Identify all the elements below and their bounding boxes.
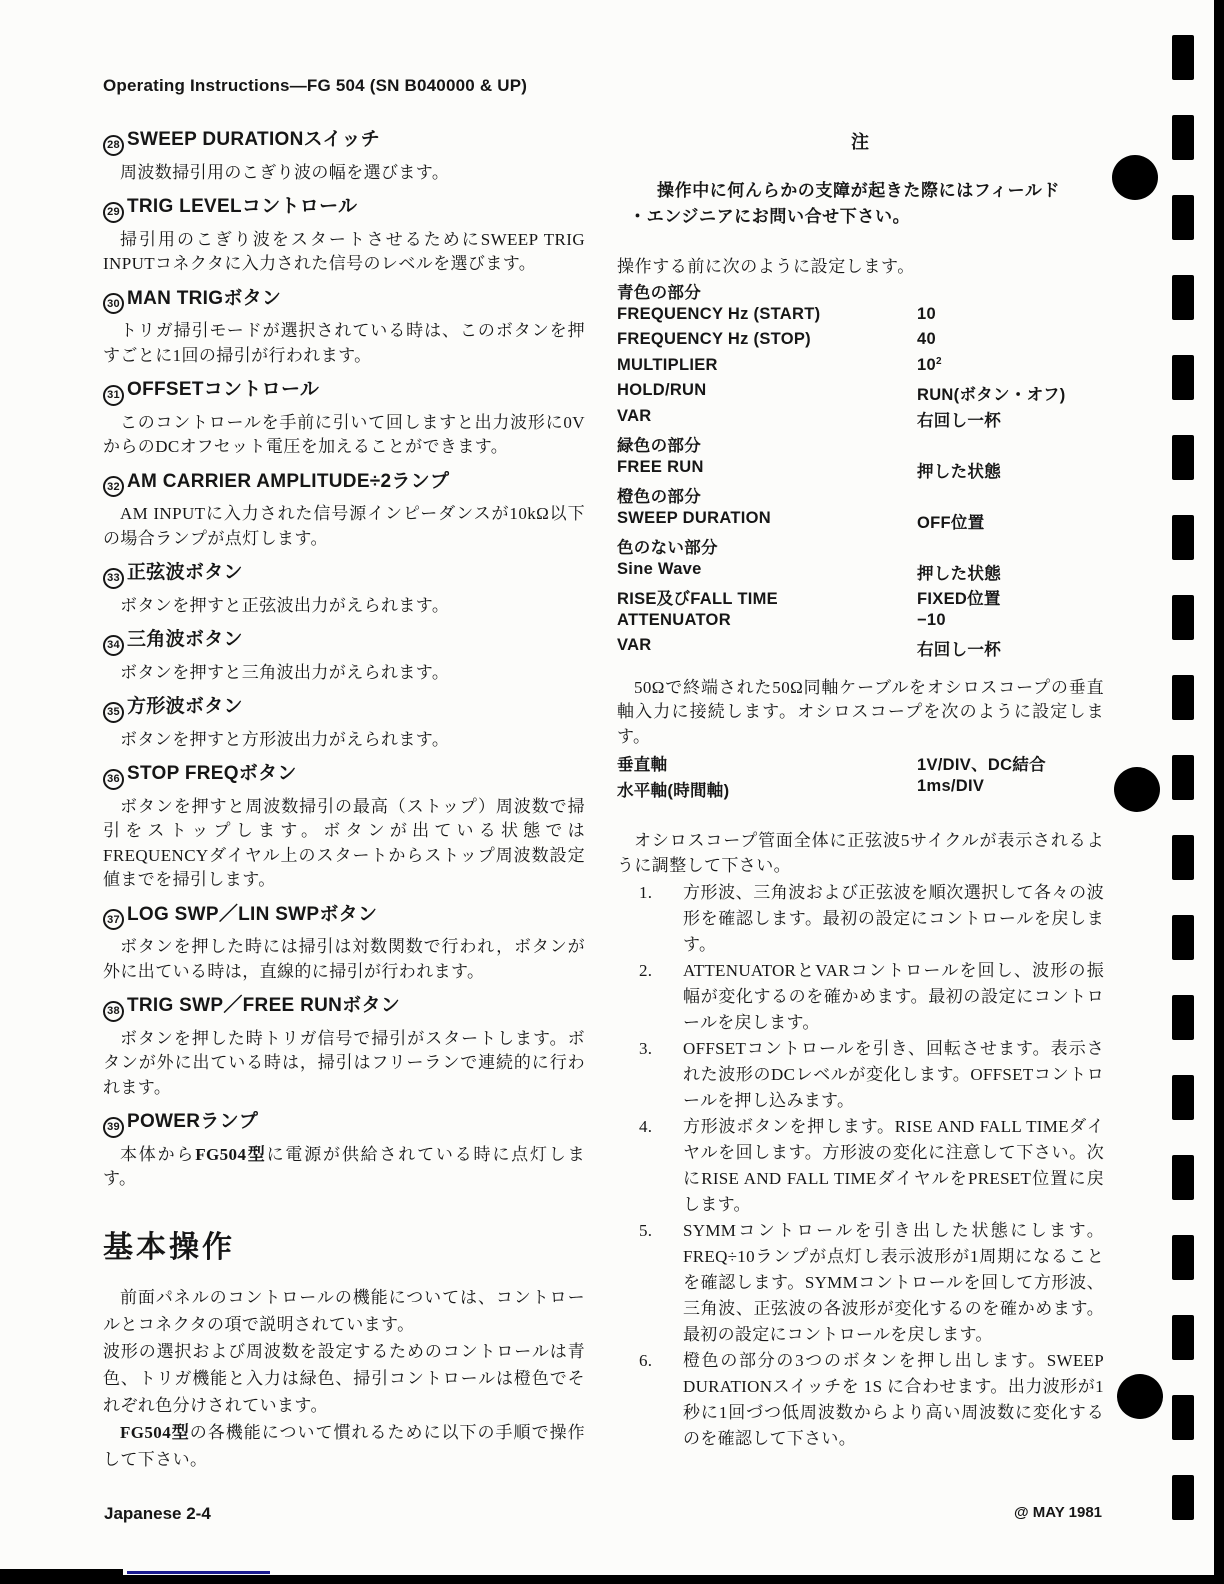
setting-row: VAR 右回し一杯 <box>617 636 1104 662</box>
section-title: 37LOG SWP／LIN SWPボタン <box>103 903 585 931</box>
setting-label: VAR <box>617 407 652 425</box>
setting-row: ATTENUATOR −10 <box>617 611 1104 637</box>
setting-value: 1V/DIV、DC結合 <box>917 751 1046 775</box>
section-body: ボタンを押した時トリガ信号で掃引がスタートします。ボタンが外に出ている時は，掃引… <box>103 1027 585 1101</box>
step-number: 2. <box>639 958 652 984</box>
text-run: 前面パネルのコントロールの機能については、コントロールとコネクタの項で説明されて… <box>103 1288 585 1334</box>
tab-mark <box>1172 1235 1194 1280</box>
setting-value: OFF位置 <box>917 509 985 533</box>
basic-operation-paragraph: 波形の選択および周波数を設定するためのコントロールは青色、トリガ機能と入力は緑色… <box>103 1338 585 1419</box>
section-title-text: LOG SWP／LIN SWPボタン <box>127 904 377 925</box>
setting-label: FREQUENCY Hz (STOP) <box>617 330 811 348</box>
step-text: OFFSETコントロールを引き、回転させます。表示された波形のDCレベルが変化し… <box>683 1039 1104 1110</box>
section-body: このコントロールを手前に引いて回しますと出力波形に0VからのDCオフセット電圧を… <box>103 411 585 460</box>
blue-underline <box>127 1571 270 1574</box>
control-section: 37LOG SWP／LIN SWPボタン ボタンを押した時には掃引は対数関数で行… <box>103 903 585 985</box>
section-body: ボタンを押した時には掃引は対数関数で行われ，ボタンが外に出ている時は，直線的に掃… <box>103 935 585 984</box>
circled-number: 30 <box>103 293 124 314</box>
setting-row: 水平軸(時間軸) 1ms/DIV <box>617 777 1104 803</box>
step-item: 6. 橙色の部分の3つのボタンを押し出します。SWEEP DURATIONスイッ… <box>617 1348 1104 1452</box>
text-run: ボタンを押すと正弦波出力がえられます。 <box>120 596 449 615</box>
section-title-text: POWERランプ <box>127 1111 258 1132</box>
section-body: ボタンを押すと方形波出力がえられます。 <box>103 728 585 753</box>
control-section: 38TRIG SWP／FREE RUNボタン ボタンを押した時トリガ信号で掃引が… <box>103 994 585 1100</box>
step-text: 橙色の部分の3つのボタンを押し出します。SWEEP DURATIONスイッチを … <box>683 1351 1104 1448</box>
setting-value: 40 <box>917 330 936 349</box>
control-section: 36STOP FREQボタン ボタンを押すと周波数掃引の最高（ストップ）周波数で… <box>103 762 585 893</box>
section-title: 39POWERランプ <box>103 1110 585 1138</box>
right-column: 注 操作中に何んらかの支障が起きた際にはフィールド・エンジニアにお問い合せ下さい… <box>617 128 1104 1452</box>
tab-mark <box>1172 355 1194 400</box>
setting-row: 垂直軸 1V/DIV、DC結合 <box>617 751 1104 777</box>
text-run: ボタンを押すと三角波出力がえられます。 <box>120 663 449 682</box>
page-header: Operating Instructions—FG 504 (SN B04000… <box>103 76 527 96</box>
section-title: 32AM CARRIER AMPLITUDE÷2ランプ <box>103 470 585 498</box>
setting-row: SWEEP DURATION OFF位置 <box>617 509 1104 535</box>
tab-mark <box>1172 995 1194 1040</box>
procedure-steps: 1. 方形波、三角波および正弦波を順次選択して各々の波形を確認します。最初の設定… <box>617 880 1104 1452</box>
tab-mark <box>1172 275 1194 320</box>
setting-label: 橙色の部分 <box>617 488 701 506</box>
circled-number: 31 <box>103 385 124 406</box>
circled-number: 36 <box>103 769 124 790</box>
settings-list: 青色の部分 FREQUENCY Hz (START) 10 FREQUENCY … <box>617 279 1104 662</box>
control-section: 30MAN TRIGボタン トリガ掃引モードが選択されている時は、このボタンを押… <box>103 287 585 369</box>
setting-row: FREE RUN 押した状態 <box>617 458 1104 484</box>
text-run: 掃引用のこぎり波をスタートさせるためにSWEEP TRIG INPUTコネクタに… <box>103 230 585 274</box>
circled-number: 29 <box>103 202 124 223</box>
section-body: 掃引用のこぎり波をスタートさせるためにSWEEP TRIG INPUTコネクタに… <box>103 228 585 277</box>
setting-value: 押した状態 <box>917 458 1001 482</box>
step-text: 方形波ボタンを押します。RISE AND FALL TIMEダイヤルを回します。… <box>683 1117 1104 1214</box>
setting-label: RISE及びFALL TIME <box>617 590 778 608</box>
adjust-paragraph: オシロスコープ管面全体に正弦波5サイクルが表示されるように調整して下さい。 <box>617 829 1104 878</box>
bottom-edge-bar <box>0 1575 1224 1584</box>
step-item: 4. 方形波ボタンを押します。RISE AND FALL TIMEダイヤルを回し… <box>617 1114 1104 1218</box>
setting-row: Sine Wave 押した状態 <box>617 560 1104 586</box>
section-title: 33正弦波ボタン <box>103 561 585 589</box>
section-title: 34三角波ボタン <box>103 628 585 656</box>
section-title-text: TRIG SWP／FREE RUNボタン <box>127 995 400 1016</box>
setting-label: HOLD/RUN <box>617 381 706 399</box>
circled-number: 28 <box>103 135 124 156</box>
note-line: ・エンジニアにお問い合せ下さい。 <box>617 204 1104 230</box>
tab-mark <box>1172 675 1194 720</box>
circled-number: 39 <box>103 1117 124 1138</box>
basic-operation-section: 基本操作 前面パネルのコントロールの機能については、コントロールとコネクタの項で… <box>103 1222 585 1473</box>
setting-label: 色のない部分 <box>617 539 718 557</box>
section-title: 28SWEEP DURATIONスイッチ <box>103 128 585 156</box>
setting-value: −10 <box>917 611 946 630</box>
section-body: AM INPUTに入力された信号源インピーダンスが10kΩ以下の場合ランプが点灯… <box>103 502 585 551</box>
control-section: 31OFFSETコントロール このコントロールを手前に引いて回しますと出力波形に… <box>103 378 585 460</box>
setting-row: RISE及びFALL TIME FIXED位置 <box>617 585 1104 611</box>
tab-mark <box>1172 115 1194 160</box>
section-title-text: OFFSETコントロール <box>127 379 319 400</box>
step-number: 4. <box>639 1114 652 1140</box>
bold-text-run: FG504型 <box>120 1423 190 1442</box>
bold-text-run: FG504型 <box>195 1145 266 1164</box>
section-body: 周波数掃引用のこぎり波の幅を選びます。 <box>103 161 585 186</box>
step-item: 5. SYMMコントロールを引き出した状態にします。FREQ÷10ランプが点灯し… <box>617 1218 1104 1348</box>
control-section: 35方形波ボタン ボタンを押すと方形波出力がえられます。 <box>103 695 585 752</box>
setting-row: 橙色の部分 <box>617 483 1104 509</box>
setting-label: VAR <box>617 636 652 654</box>
setting-label: 緑色の部分 <box>617 437 701 455</box>
setting-label: 水平軸(時間軸) <box>617 782 729 800</box>
text-run: ボタンを押した時トリガ信号で掃引がスタートします。ボタンが外に出ている時は，掃引… <box>103 1029 585 1097</box>
setting-label: FREQUENCY Hz (START) <box>617 305 820 323</box>
tab-mark <box>1172 1395 1194 1440</box>
page-edge-bar <box>1214 0 1224 1584</box>
text-run: 周波数掃引用のこぎり波の幅を選びます。 <box>120 163 449 182</box>
setting-label: MULTIPLIER <box>617 356 718 374</box>
step-number: 6. <box>639 1348 652 1374</box>
section-title-text: AM CARRIER AMPLITUDE÷2ランプ <box>127 471 449 492</box>
setting-value: FIXED位置 <box>917 585 1001 609</box>
section-title: 38TRIG SWP／FREE RUNボタン <box>103 994 585 1022</box>
left-column: 28SWEEP DURATIONスイッチ 周波数掃引用のこぎり波の幅を選びます。… <box>103 128 585 1473</box>
setting-label: ATTENUATOR <box>617 611 731 629</box>
setting-row: FREQUENCY Hz (START) 10 <box>617 305 1104 331</box>
circled-number: 38 <box>103 1001 124 1022</box>
text-run: このコントロールを手前に引いて回しますと出力波形に0VからのDCオフセット電圧を… <box>103 413 585 457</box>
circled-number: 33 <box>103 568 124 589</box>
setting-value: RUN(ボタン・オフ) <box>917 381 1066 405</box>
section-title-text: TRIG LEVELコントロール <box>127 196 357 217</box>
registration-dot <box>1114 767 1160 812</box>
section-body: 本体からFG504型に電源が供給されている時に点灯します。 <box>103 1143 585 1192</box>
section-title-text: MAN TRIGボタン <box>127 288 281 309</box>
control-sections: 28SWEEP DURATIONスイッチ 周波数掃引用のこぎり波の幅を選びます。… <box>103 128 585 1192</box>
step-text: ATTENUATORとVARコントロールを回し、波形の振幅が変化するのを確かめま… <box>683 961 1104 1032</box>
tab-mark <box>1172 595 1194 640</box>
text-run: 本体から <box>120 1145 195 1164</box>
setting-value: 右回し一杯 <box>917 636 1001 660</box>
control-section: 28SWEEP DURATIONスイッチ 周波数掃引用のこぎり波の幅を選びます。 <box>103 128 585 185</box>
registration-dot <box>1117 1374 1163 1419</box>
circled-number: 34 <box>103 635 124 656</box>
setting-value: 押した状態 <box>917 560 1001 584</box>
setting-row: MULTIPLIER 102 <box>617 356 1104 382</box>
step-item: 2. ATTENUATORとVARコントロールを回し、波形の振幅が変化するのを確… <box>617 958 1104 1036</box>
superscript: 2 <box>936 356 942 367</box>
tab-mark <box>1172 1475 1194 1520</box>
tab-mark <box>1172 35 1194 80</box>
page-number: Japanese 2-4 <box>104 1504 211 1524</box>
section-body: ボタンを押すと正弦波出力がえられます。 <box>103 594 585 619</box>
setting-value: 1ms/DIV <box>917 777 984 796</box>
tab-mark <box>1172 915 1194 960</box>
tab-mark <box>1172 755 1194 800</box>
step-number: 3. <box>639 1036 652 1062</box>
text-run: ボタンを押した時には掃引は対数関数で行われ，ボタンが外に出ている時は，直線的に掃… <box>103 937 585 981</box>
setting-value: 右回し一杯 <box>917 407 1001 431</box>
scope-paragraph: 50Ωで終端された50Ω同軸ケーブルをオシロスコープの垂直軸入力に接続します。オ… <box>617 676 1104 750</box>
section-body: トリガ掃引モードが選択されている時は、このボタンを押すごとに1回の掃引が行われま… <box>103 319 585 368</box>
tab-mark <box>1172 1315 1194 1360</box>
note-title: 注 <box>617 128 1104 154</box>
setting-value: 102 <box>917 356 942 375</box>
setting-row: 緑色の部分 <box>617 432 1104 458</box>
note-line: 操作中に何んらかの支障が起きた際にはフィールド <box>617 178 1104 204</box>
tab-mark <box>1172 195 1194 240</box>
step-item: 3. OFFSETコントロールを引き、回転させます。表示された波形のDCレベルが… <box>617 1036 1104 1114</box>
text-run: ボタンを押すと方形波出力がえられます。 <box>120 730 449 749</box>
setup-intro: 操作する前に次のように設定します。 <box>617 252 1104 277</box>
step-text: 方形波、三角波および正弦波を順次選択して各々の波形を確認します。最初の設定にコン… <box>683 883 1104 954</box>
revision-date: @ MAY 1981 <box>1014 1504 1102 1521</box>
tab-mark <box>1172 835 1194 880</box>
step-item: 1. 方形波、三角波および正弦波を順次選択して各々の波形を確認します。最初の設定… <box>617 880 1104 958</box>
section-title: 29TRIG LEVELコントロール <box>103 195 585 223</box>
control-section: 34三角波ボタン ボタンを押すと三角波出力がえられます。 <box>103 628 585 685</box>
section-title: 30MAN TRIGボタン <box>103 287 585 315</box>
section-title: 31OFFSETコントロール <box>103 378 585 406</box>
section-title: 35方形波ボタン <box>103 695 585 723</box>
scope-settings-list: 垂直軸 1V/DIV、DC結合 水平軸(時間軸) 1ms/DIV <box>617 751 1104 802</box>
setting-value: 10 <box>917 305 936 324</box>
control-section: 39POWERランプ 本体からFG504型に電源が供給されている時に点灯します。 <box>103 1110 585 1192</box>
text-run: AM INPUTに入力された信号源インピーダンスが10kΩ以下の場合ランプが点灯… <box>103 504 585 548</box>
setting-row: FREQUENCY Hz (STOP) 40 <box>617 330 1104 356</box>
section-title-text: 三角波ボタン <box>127 629 243 650</box>
setting-label: 垂直軸 <box>617 756 667 774</box>
text-run: トリガ掃引モードが選択されている時は、このボタンを押すごとに1回の掃引が行われま… <box>103 321 585 365</box>
circled-number: 32 <box>103 476 124 497</box>
section-title-text: SWEEP DURATIONスイッチ <box>127 129 380 150</box>
section-title: 36STOP FREQボタン <box>103 762 585 790</box>
basic-operation-title: 基本操作 <box>103 1222 585 1266</box>
control-section: 29TRIG LEVELコントロール 掃引用のこぎり波をスタートさせるためにSW… <box>103 195 585 277</box>
section-title-text: 正弦波ボタン <box>127 562 243 583</box>
basic-operation-paragraphs: 前面パネルのコントロールの機能については、コントロールとコネクタの項で説明されて… <box>103 1284 585 1473</box>
circled-number: 37 <box>103 909 124 930</box>
setting-row: 色のない部分 <box>617 534 1104 560</box>
step-text: SYMMコントロールを引き出した状態にします。FREQ÷10ランプが点灯し表示波… <box>683 1221 1104 1344</box>
basic-operation-paragraph: 前面パネルのコントロールの機能については、コントロールとコネクタの項で説明されて… <box>103 1284 585 1338</box>
tab-mark <box>1172 1155 1194 1200</box>
text-run: 波形の選択および周波数を設定するためのコントロールは青色、トリガ機能と入力は緑色… <box>103 1342 585 1415</box>
setting-label: SWEEP DURATION <box>617 509 771 527</box>
step-number: 1. <box>639 880 652 906</box>
manual-page: Operating Instructions—FG 504 (SN B04000… <box>0 0 1224 1584</box>
setting-label: 青色の部分 <box>617 284 701 302</box>
step-number: 5. <box>639 1218 652 1244</box>
text-run: ボタンを押すと周波数掃引の最高（ストップ）周波数で掃引をストップします。ボタンが… <box>103 797 585 890</box>
circled-number: 35 <box>103 702 124 723</box>
tab-mark <box>1172 435 1194 480</box>
section-body: ボタンを押すと周波数掃引の最高（ストップ）周波数で掃引をストップします。ボタンが… <box>103 795 585 893</box>
tab-mark <box>1172 515 1194 560</box>
setting-row: VAR 右回し一杯 <box>617 407 1104 433</box>
control-section: 33正弦波ボタン ボタンを押すと正弦波出力がえられます。 <box>103 561 585 618</box>
section-title-text: 方形波ボタン <box>127 696 243 717</box>
registration-dot <box>1112 155 1158 200</box>
section-body: ボタンを押すと三角波出力がえられます。 <box>103 661 585 686</box>
setting-label: FREE RUN <box>617 458 704 476</box>
tab-mark <box>1172 1075 1194 1120</box>
section-title-text: STOP FREQボタン <box>127 763 297 784</box>
control-section: 32AM CARRIER AMPLITUDE÷2ランプ AM INPUTに入力さ… <box>103 470 585 552</box>
note-body: 操作中に何んらかの支障が起きた際にはフィールド・エンジニアにお問い合せ下さい。 <box>617 178 1104 230</box>
setting-label: Sine Wave <box>617 560 702 578</box>
basic-operation-paragraph: FG504型の各機能について慣れるために以下の手順で操作して下さい。 <box>103 1419 585 1473</box>
setting-row: 青色の部分 <box>617 279 1104 305</box>
setting-row: HOLD/RUN RUN(ボタン・オフ) <box>617 381 1104 407</box>
